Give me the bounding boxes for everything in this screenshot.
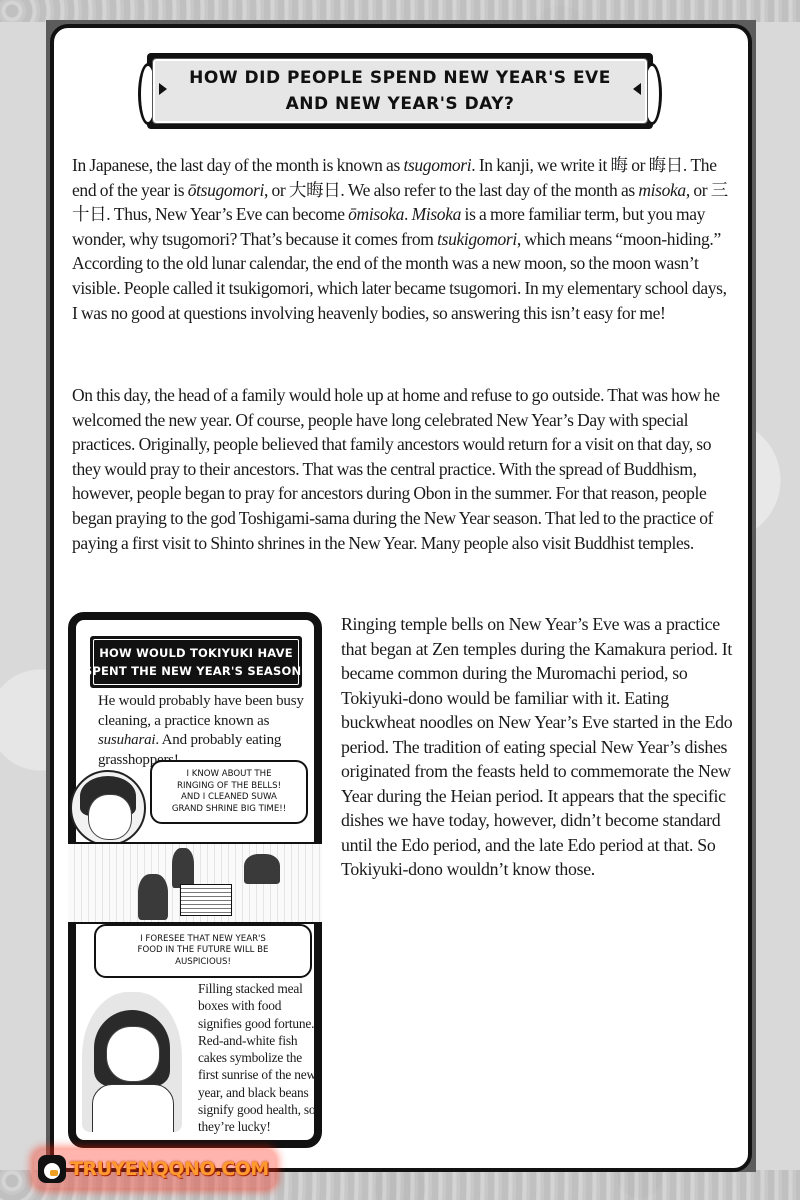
sidebar-box-tokiyuki: How would Tokiyuki have spent the New Ye… — [68, 612, 322, 1148]
watermark-text: TRUYENQQNO.COM — [70, 1158, 269, 1180]
tokiyuki-portrait — [70, 770, 146, 846]
speech-bubble-food: I foresee that New Year's food in the fu… — [94, 924, 312, 978]
italic-term: tsukigomori — [437, 229, 517, 249]
bubble-line: food in the future will be — [96, 945, 310, 957]
sidebar-title-line-1: How would Tokiyuki have — [99, 644, 293, 662]
manga-illustration-panel — [68, 842, 322, 924]
site-watermark[interactable]: TRUYENQQNO.COM — [34, 1150, 275, 1188]
sidebar-title-inner: How would Tokiyuki have spent the New Ye… — [93, 639, 299, 685]
bubble-line: Grand Shrine big time!! — [152, 804, 306, 816]
italic-term: ōtsugomori — [188, 180, 264, 200]
portrait-face — [88, 794, 132, 840]
paragraph-new-years-day: On this day, the head of a family would … — [72, 383, 734, 555]
illegible-caption-box — [180, 884, 232, 916]
new-years-food-text: Filling stacked meal boxes with food sig… — [198, 980, 318, 1136]
sidebar-intro-text: He would probably have been busy cleanin… — [98, 692, 316, 770]
bubble-line: auspicious! — [96, 957, 310, 969]
sidebar-title-banner: How would Tokiyuki have spent the New Ye… — [90, 636, 302, 688]
portrait-face — [106, 1026, 160, 1082]
italic-term: ōmisoka — [348, 204, 404, 224]
priestess-portrait — [82, 992, 182, 1132]
figure-silhouette — [172, 848, 194, 888]
title-inner: How did people spend New Year's Eve and … — [153, 59, 647, 123]
sidebar-title-line-2: spent the New Year's season? — [84, 662, 308, 680]
bubble-line: I know about the — [152, 769, 306, 781]
decorative-top-border — [0, 0, 800, 22]
page-title-line-2: and New Year's Day? — [286, 91, 515, 117]
paragraph-tsugomori: In Japanese, the last day of the month i… — [72, 153, 734, 325]
portrait-robe — [92, 1084, 174, 1132]
bubble-line: I foresee that New Year's — [96, 934, 310, 946]
bubble-line: ringing of the bells! — [152, 781, 306, 793]
speech-bubble-bells: I know about the ringing of the bells! A… — [150, 760, 308, 824]
figure-silhouette — [244, 854, 280, 884]
italic-term: misoka — [638, 180, 685, 200]
bubble-line: And I cleaned Suwa — [152, 792, 306, 804]
italic-term: susuharai — [98, 732, 155, 748]
title-banner: How did people spend New Year's Eve and … — [147, 53, 653, 129]
italic-term: Misoka — [412, 204, 461, 224]
paragraph-temple-bells: Ringing temple bells on New Year’s Eve w… — [341, 612, 733, 882]
italic-term: tsugomori — [403, 155, 471, 175]
triangle-left-icon — [633, 83, 641, 95]
triangle-right-icon — [159, 83, 167, 95]
page-title-line-1: How did people spend New Year's Eve — [189, 65, 611, 91]
penguin-icon — [38, 1155, 66, 1183]
figure-silhouette — [138, 874, 168, 920]
